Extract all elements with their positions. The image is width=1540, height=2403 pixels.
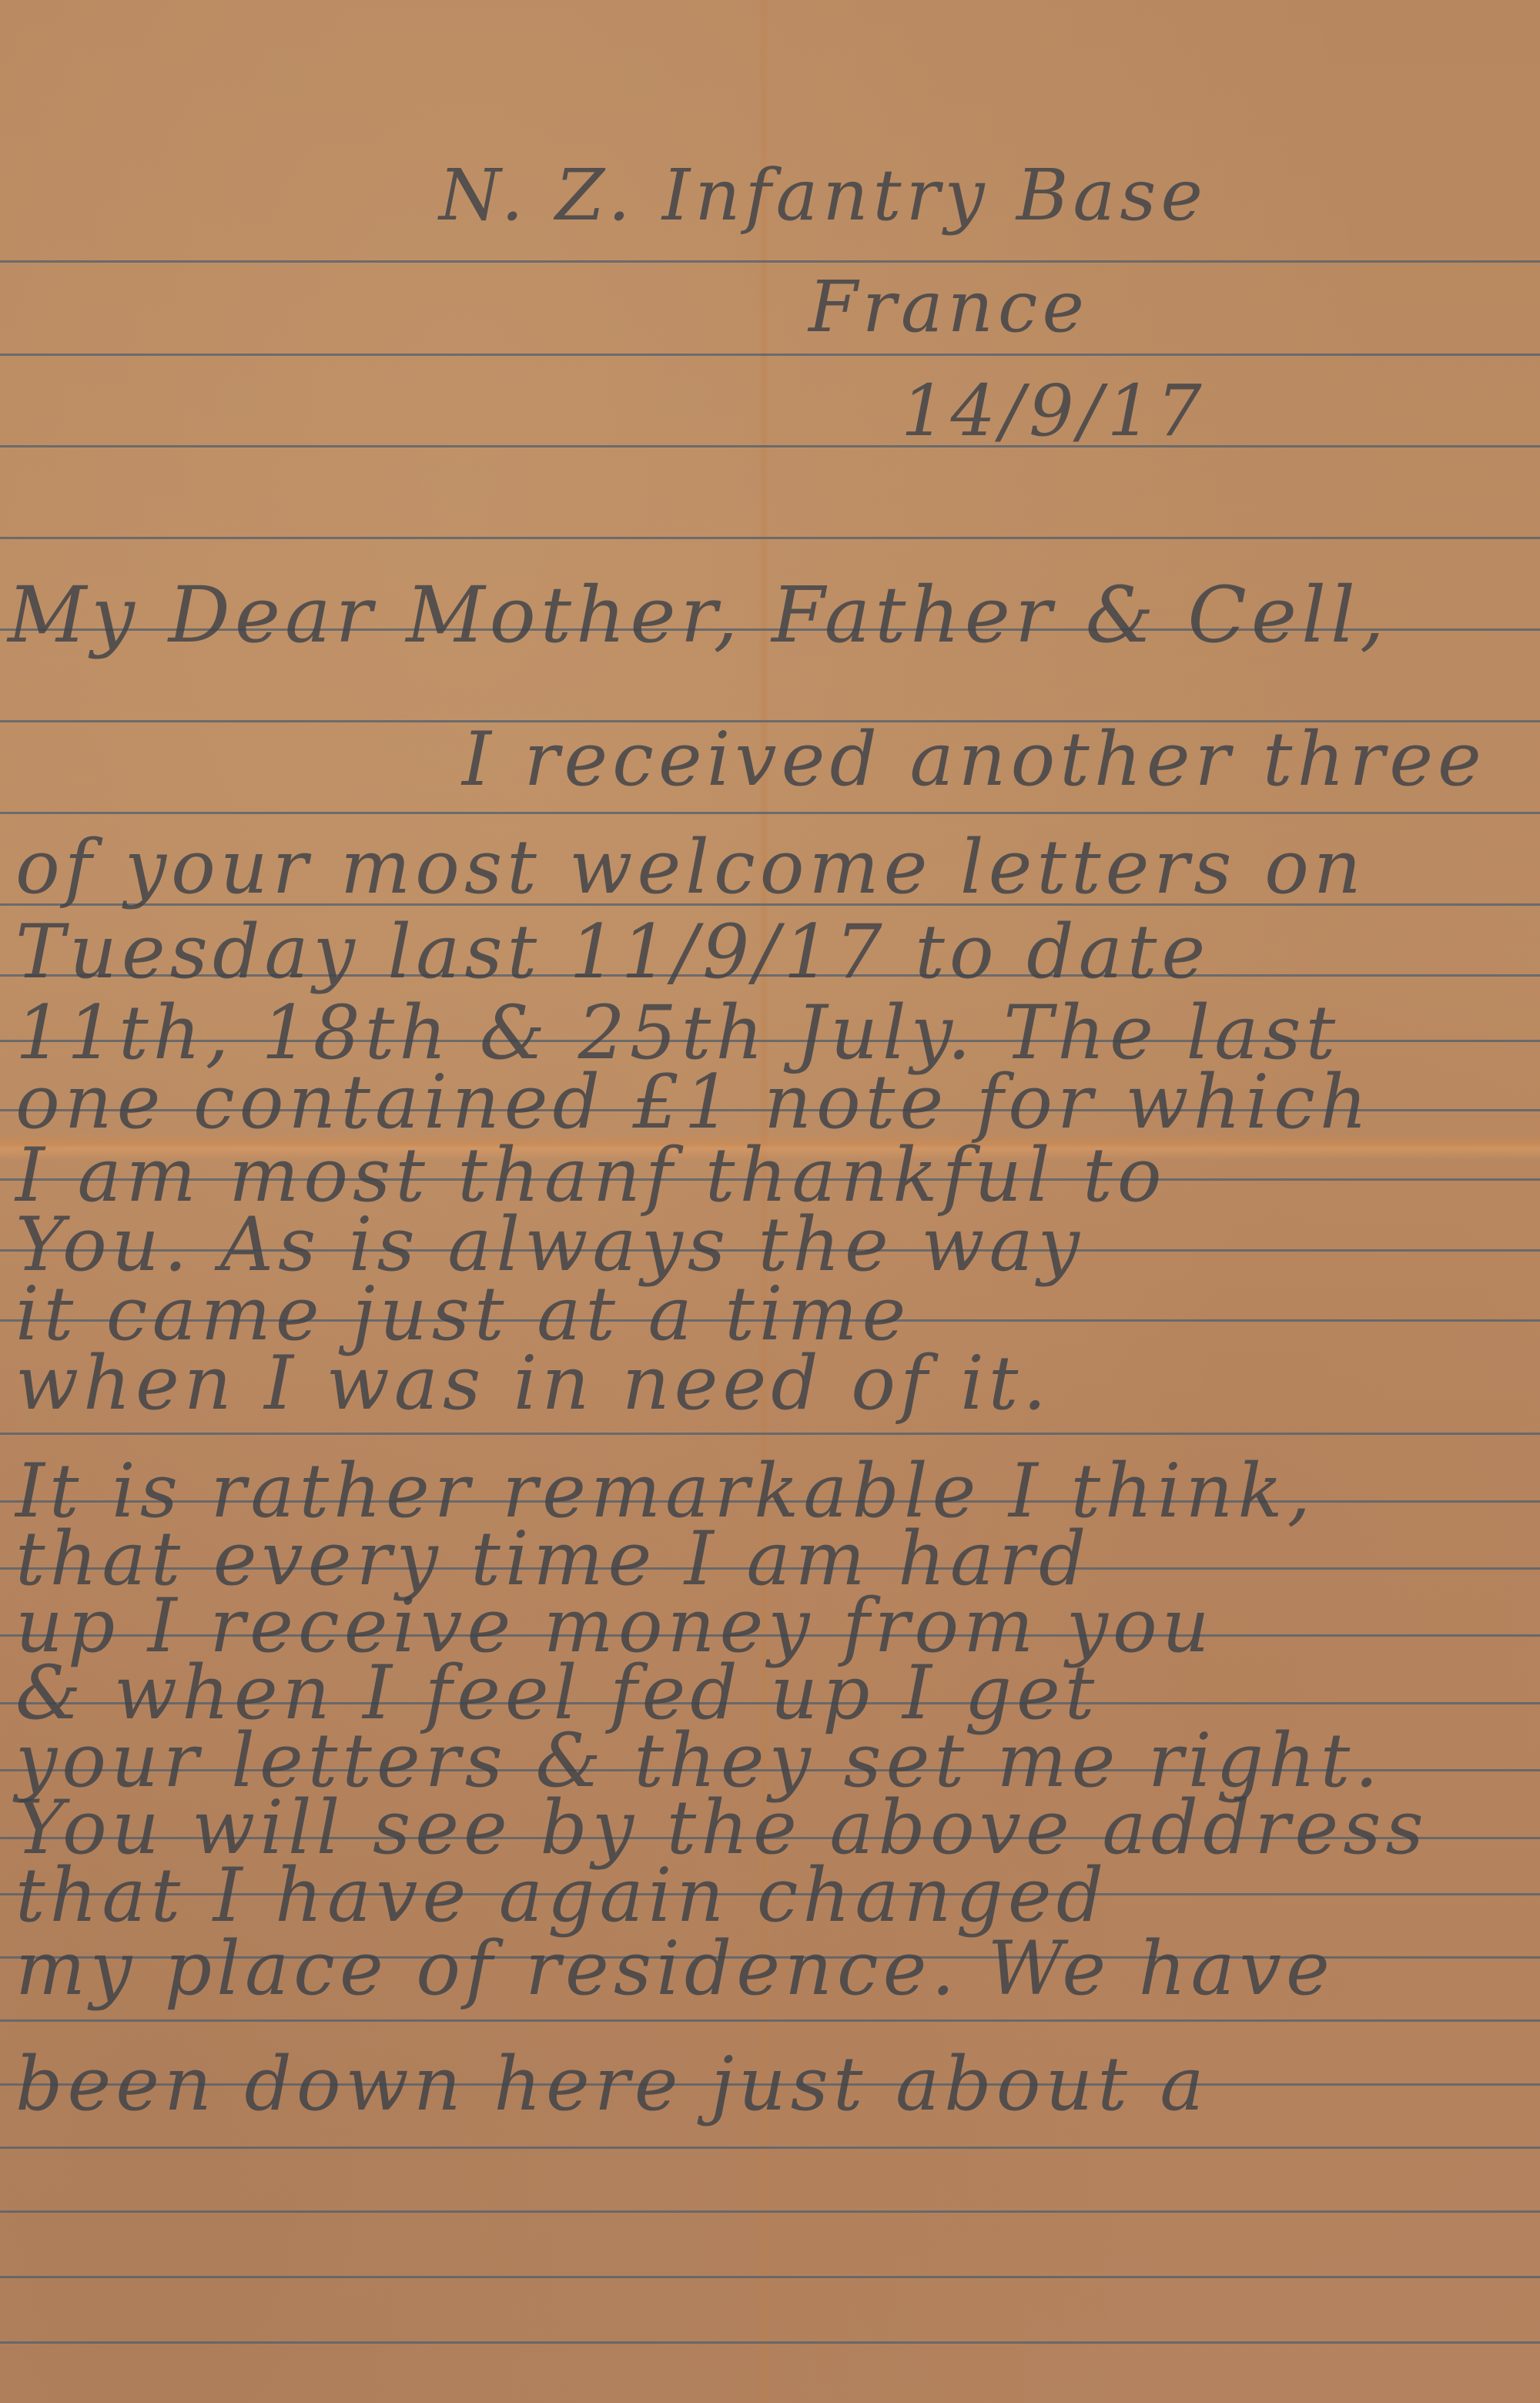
ruled-line: [0, 2276, 1540, 2278]
letter-page: N. Z. Infantry Base France 14/9/17 My De…: [0, 0, 1540, 2403]
body-line: my place of residence. We have: [15, 1925, 1334, 2012]
body-line: I received another three: [462, 716, 1486, 803]
ruled-line: [0, 2210, 1540, 2213]
body-line: Tuesday last 11/9/17 to date: [15, 909, 1210, 995]
ruled-line: [0, 537, 1540, 539]
ruled-line: [0, 260, 1540, 263]
ruled-line: [0, 2341, 1540, 2344]
salutation: My Dear Mother, Father & Cell,: [8, 570, 1389, 660]
ruled-line: [0, 812, 1540, 814]
body-line: of your most welcome letters on: [15, 824, 1366, 910]
ruled-line: [0, 2019, 1540, 2022]
letter-date: 14/9/17: [901, 370, 1207, 452]
address-line-2: France: [808, 266, 1089, 348]
body-line: been down here just about a: [15, 2041, 1209, 2127]
body-line: when I was in need of it.: [15, 1340, 1051, 1426]
address-line-1: N. Z. Infantry Base: [439, 154, 1207, 236]
ruled-line: [0, 445, 1540, 447]
ruled-line: [0, 1433, 1540, 1435]
ruled-line: [0, 2147, 1540, 2149]
ruled-line: [0, 354, 1540, 356]
